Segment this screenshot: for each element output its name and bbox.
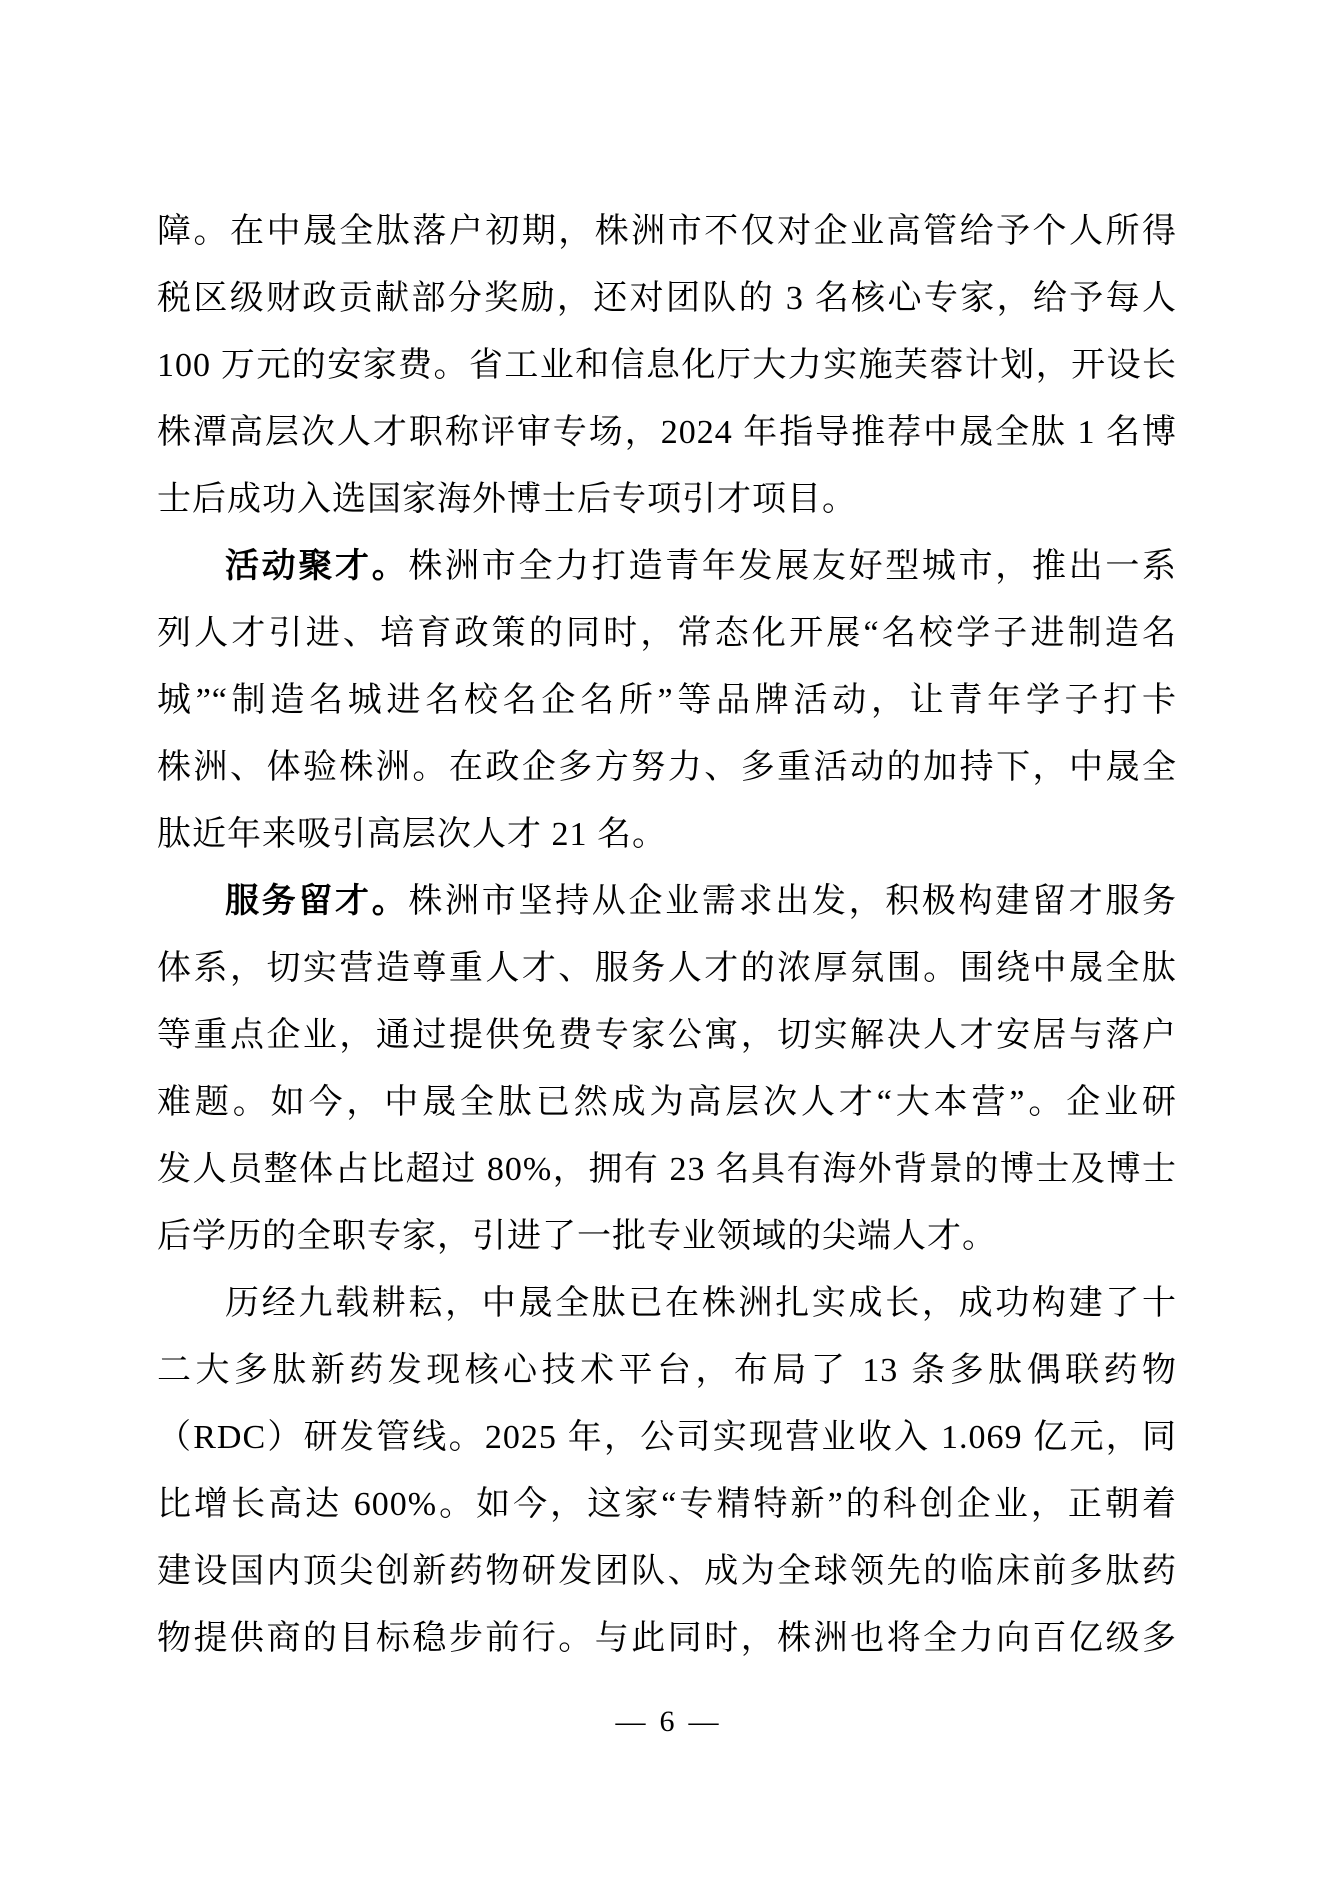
text-line: 体系，切实营造尊重人才、服务人才的浓厚氛围。围绕中晟全肽 xyxy=(157,935,1177,1002)
text-line: 株潭高层次人才职称评审专场，2024 年指导推荐中晟全肽 1 名博 xyxy=(157,399,1177,466)
text-line: 比增长高达 600%。如今，这家“专精特新”的科创企业，正朝着 xyxy=(157,1471,1177,1538)
text-line: （RDC）研发管线。2025 年，公司实现营业收入 1.069 亿元，同 xyxy=(157,1404,1177,1471)
text-line: 士后成功入选国家海外博士后专项引才项目。 xyxy=(157,466,1177,533)
text-line: 二大多肽新药发现核心技术平台，布局了 13 条多肽偶联药物 xyxy=(157,1337,1177,1404)
text-line: 税区级财政贡献部分奖励，还对团队的 3 名核心专家，给予每人 xyxy=(157,265,1177,332)
text-line: 城”“制造名城进名校名企名所”等品牌活动，让青年学子打卡 xyxy=(157,667,1177,734)
footer-dash-right: — xyxy=(689,1702,719,1742)
document-page: 障。在中晟全肽落户初期，株洲市不仅对企业高管给予个人所得税区级财政贡献部分奖励，… xyxy=(0,0,1334,1887)
text-line: 后学历的全职专家，引进了一批专业领域的尖端人才。 xyxy=(157,1203,1177,1270)
text-line: 发人员整体占比超过 80%，拥有 23 名具有海外背景的博士及博士 xyxy=(157,1136,1177,1203)
text-line: 建设国内顶尖创新药物研发团队、成为全球领先的临床前多肽药 xyxy=(157,1538,1177,1605)
text-line: 等重点企业，通过提供免费专家公寓，切实解决人才安居与落户 xyxy=(157,1002,1177,1069)
paragraph: 活动聚才。株洲市全力打造青年发展友好型城市，推出一系列人才引进、培育政策的同时，… xyxy=(157,533,1177,868)
page-number: 6 xyxy=(660,1702,675,1742)
text-line: 肽近年来吸引高层次人才 21 名。 xyxy=(157,801,1177,868)
footer-dash-left: — xyxy=(616,1702,646,1742)
text-line: 100 万元的安家费。省工业和信息化厅大力实施芙蓉计划，开设长 xyxy=(157,332,1177,399)
paragraph: 服务留才。株洲市坚持从企业需求出发，积极构建留才服务体系，切实营造尊重人才、服务… xyxy=(157,868,1177,1270)
paragraph-lead: 服务留才。 xyxy=(225,883,408,920)
paragraph: 历经九载耕耘，中晟全肽已在株洲扎实成长，成功构建了十二大多肽新药发现核心技术平台… xyxy=(157,1270,1177,1672)
text-line: 物提供商的目标稳步前行。与此同时，株洲也将全力向百亿级多 xyxy=(157,1605,1177,1672)
text-line: 列人才引进、培育政策的同时，常态化开展“名校学子进制造名 xyxy=(157,600,1177,667)
page-footer: —6— xyxy=(0,1702,1334,1742)
text-line: 障。在中晟全肽落户初期，株洲市不仅对企业高管给予个人所得 xyxy=(157,198,1177,265)
paragraph: 障。在中晟全肽落户初期，株洲市不仅对企业高管给予个人所得税区级财政贡献部分奖励，… xyxy=(157,198,1177,533)
text-line: 株洲、体验株洲。在政企多方努力、多重活动的加持下，中晟全 xyxy=(157,734,1177,801)
text-line: 难题。如今，中晟全肽已然成为高层次人才“大本营”。企业研 xyxy=(157,1069,1177,1136)
text-line: 服务留才。株洲市坚持从企业需求出发，积极构建留才服务 xyxy=(157,868,1177,935)
text-line: 历经九载耕耘，中晟全肽已在株洲扎实成长，成功构建了十 xyxy=(157,1270,1177,1337)
paragraph-lead: 活动聚才。 xyxy=(225,548,408,585)
text-line: 活动聚才。株洲市全力打造青年发展友好型城市，推出一系 xyxy=(157,533,1177,600)
document-body: 障。在中晟全肽落户初期，株洲市不仅对企业高管给予个人所得税区级财政贡献部分奖励，… xyxy=(157,198,1177,1672)
